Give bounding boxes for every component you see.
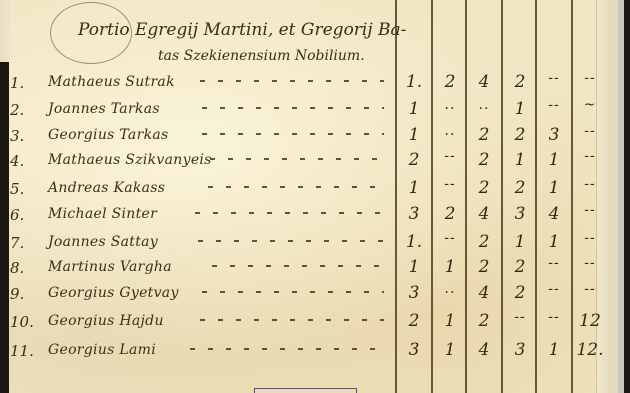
table-row: 8.Martinus Vargha1122----: [0, 259, 596, 281]
row-number: 2.: [10, 101, 32, 119]
value-cell: 3: [503, 204, 537, 224]
value-cell: 1: [537, 340, 571, 360]
value-cell: 2: [503, 125, 537, 145]
person-name: Georgius Gyetvay: [48, 285, 179, 301]
value-cell: --: [573, 281, 607, 297]
binding-shadow-right: [612, 0, 630, 393]
value-cell: 2: [467, 150, 501, 170]
table-row: 6.Michael Sinter32434--: [0, 206, 596, 228]
value-cell: 2: [503, 178, 537, 198]
value-cell: 2: [467, 125, 501, 145]
value-cell: --: [433, 176, 467, 192]
person-name: Andreas Kakass: [48, 180, 165, 196]
table-row: 9.Georgius Gyetvay3..42----: [0, 285, 596, 307]
value-cell: --: [433, 148, 467, 164]
value-cell: 1: [433, 311, 467, 331]
leader-dashes: [202, 291, 384, 293]
row-number: 4.: [10, 152, 32, 170]
value-cell: --: [503, 309, 537, 325]
value-cell: 4: [467, 204, 501, 224]
heading-line-2: tas Szekienensium Nobilium.: [158, 48, 365, 64]
person-name: Georgius Tarkas: [48, 127, 169, 143]
person-name: Mathaeus Szikvanyeis: [48, 152, 212, 168]
value-cell: 1: [397, 257, 431, 277]
leader-dashes: [190, 348, 384, 350]
value-cell: --: [573, 148, 607, 164]
value-cell: --: [537, 255, 571, 271]
value-cell: 1: [397, 178, 431, 198]
value-cell: 1: [503, 99, 537, 119]
leader-dashes: [210, 158, 384, 160]
person-name: Georgius Lami: [48, 342, 156, 358]
leader-dashes: [200, 319, 384, 321]
leader-dashes: [198, 240, 384, 242]
value-cell: 1: [503, 150, 537, 170]
value-cell: 1: [537, 178, 571, 198]
value-cell: 2: [433, 72, 467, 92]
value-cell: 1.: [397, 232, 431, 252]
person-name: Joannes Sattay: [48, 234, 158, 250]
row-number: 11.: [10, 342, 32, 360]
row-number: 9.: [10, 285, 32, 303]
value-cell: 2: [397, 311, 431, 331]
value-cell: 4: [467, 340, 501, 360]
row-number: 5.: [10, 180, 32, 198]
value-cell: 2: [503, 72, 537, 92]
value-cell: 2: [397, 150, 431, 170]
value-cell: 1: [503, 232, 537, 252]
library-stamp: [254, 388, 357, 393]
leader-dashes: [212, 265, 384, 267]
value-cell: --: [573, 176, 607, 192]
value-cell: 1: [537, 232, 571, 252]
value-cell: 1: [397, 125, 431, 145]
table-row: 11.Georgius Lami3143112.: [0, 342, 596, 364]
value-cell: --: [573, 123, 607, 139]
value-cell: --: [573, 230, 607, 246]
value-cell: ..: [433, 97, 467, 113]
person-name: Georgius Hajdu: [48, 313, 164, 329]
table-row: 5.Andreas Kakass1--221--: [0, 180, 596, 202]
manuscript-page: Portio Egregij Martini, et Gregorij Ba- …: [0, 0, 630, 393]
value-cell: 1: [537, 150, 571, 170]
value-cell: --: [433, 230, 467, 246]
value-cell: 3: [397, 204, 431, 224]
person-name: Mathaeus Sutrak: [48, 74, 175, 90]
table-row: 1.Mathaeus Sutrak1.242----: [0, 74, 596, 96]
value-cell: 4: [537, 204, 571, 224]
page-edge-left: [0, 0, 14, 62]
table-row: 7.Joannes Sattay1.--211--: [0, 234, 596, 256]
value-cell: 4: [467, 72, 501, 92]
table-row: 10.Georgius Hajdu212----12: [0, 313, 596, 335]
value-cell: 2: [467, 178, 501, 198]
value-cell: --: [537, 70, 571, 86]
value-cell: 12: [573, 311, 607, 331]
value-cell: 1: [433, 257, 467, 277]
value-cell: 4: [467, 283, 501, 303]
row-number: 3.: [10, 127, 32, 145]
value-cell: 2: [467, 311, 501, 331]
leader-dashes: [200, 80, 384, 82]
row-number: 8.: [10, 259, 32, 277]
person-name: Martinus Vargha: [48, 259, 172, 275]
value-cell: 2: [433, 204, 467, 224]
value-cell: 3: [397, 283, 431, 303]
leader-dashes: [202, 107, 384, 109]
value-cell: 3: [397, 340, 431, 360]
value-cell: --: [537, 281, 571, 297]
value-cell: 1: [397, 99, 431, 119]
heading-line-1: Portio Egregij Martini, et Gregorij Ba-: [78, 20, 406, 40]
value-cell: 1.: [397, 72, 431, 92]
value-cell: ..: [433, 123, 467, 139]
leader-dashes: [195, 212, 384, 214]
value-cell: 2: [503, 283, 537, 303]
value-cell: --: [537, 97, 571, 113]
value-cell: 3: [503, 340, 537, 360]
value-cell: 2: [467, 232, 501, 252]
value-cell: --: [573, 202, 607, 218]
value-cell: --: [573, 70, 607, 86]
value-cell: ~: [573, 97, 607, 113]
value-cell: 3: [537, 125, 571, 145]
value-cell: 2: [467, 257, 501, 277]
row-number: 1.: [10, 74, 32, 92]
value-cell: 12.: [573, 340, 607, 360]
value-cell: 1: [433, 340, 467, 360]
value-cell: 2: [503, 257, 537, 277]
table-row: 2.Joannes Tarkas1....1--~: [0, 101, 596, 123]
table-row: 3.Georgius Tarkas1..223--: [0, 127, 596, 149]
person-name: Michael Sinter: [48, 206, 157, 222]
leader-dashes: [208, 186, 384, 188]
table-row: 4.Mathaeus Szikvanyeis2--211--: [0, 152, 596, 174]
row-number: 7.: [10, 234, 32, 252]
row-number: 10.: [10, 313, 32, 331]
value-cell: ..: [467, 97, 501, 113]
row-number: 6.: [10, 206, 32, 224]
person-name: Joannes Tarkas: [48, 101, 160, 117]
value-cell: --: [537, 309, 571, 325]
leader-dashes: [202, 133, 384, 135]
value-cell: --: [573, 255, 607, 271]
value-cell: ..: [433, 281, 467, 297]
